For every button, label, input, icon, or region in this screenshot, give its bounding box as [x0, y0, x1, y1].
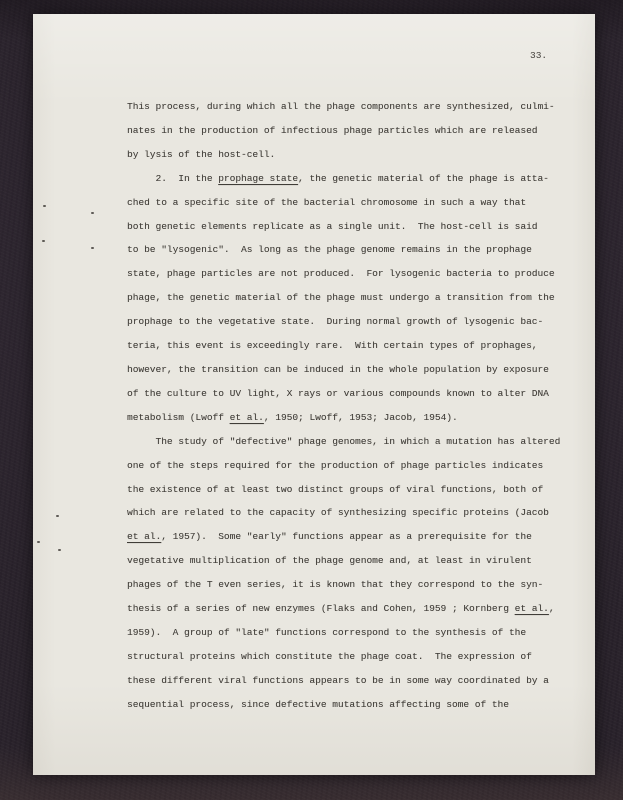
text-segment: sequential process, since defective muta… [127, 699, 509, 710]
text-segment: prophage to the vegetative state. During… [127, 316, 543, 327]
text-segment: which are related to the capacity of syn… [127, 507, 549, 518]
text-segment: , the genetic material of the phage is a… [298, 173, 549, 184]
text-line: thesis of a series of new enzymes (Flaks… [127, 597, 567, 621]
text-segment: one of the steps required for the produc… [127, 460, 543, 471]
text-line: This process, during which all the phage… [127, 95, 567, 119]
text-segment: , 1950; Lwoff, 1953; Jacob, 1954). [264, 412, 458, 423]
underlined-text: et al. [515, 603, 549, 614]
text-segment: This process, during which all the phage… [127, 101, 555, 112]
text-segment: the existence of at least two distinct g… [127, 484, 543, 495]
document-page: 33. This process, during which all the p… [33, 14, 595, 775]
text-line: of the culture to UV light, X rays or va… [127, 382, 567, 406]
text-segment: structural proteins which constitute the… [127, 651, 532, 662]
text-line: prophage to the vegetative state. During… [127, 310, 567, 334]
text-segment: state, phage particles are not produced.… [127, 268, 555, 279]
underlined-text: prophage state [218, 173, 298, 184]
text-line: nates in the production of infectious ph… [127, 119, 567, 143]
text-line: phages of the T even series, it is known… [127, 573, 567, 597]
text-segment: to be "lysogenic". As long as the phage … [127, 244, 532, 255]
text-segment: however, the transition can be induced i… [127, 364, 549, 375]
text-line: The study of "defective" phage genomes, … [127, 430, 567, 454]
text-line: state, phage particles are not produced.… [127, 262, 567, 286]
text-segment: thesis of a series of new enzymes (Flaks… [127, 603, 515, 614]
text-line: et al., 1957). Some "early" functions ap… [127, 525, 567, 549]
text-line: to be "lysogenic". As long as the phage … [127, 238, 567, 262]
underlined-text: et al. [230, 412, 264, 423]
text-segment: 1959). A group of "late" functions corre… [127, 627, 526, 638]
text-line: phage, the genetic material of the phage… [127, 286, 567, 310]
text-line: metabolism (Lwoff et al., 1950; Lwoff, 1… [127, 406, 567, 430]
dust-speck [91, 247, 94, 249]
text-line: 1959). A group of "late" functions corre… [127, 621, 567, 645]
text-line: one of the steps required for the produc… [127, 454, 567, 478]
text-segment: teria, this event is exceedingly rare. W… [127, 340, 537, 351]
text-segment: these different viral functions appears … [127, 675, 549, 686]
text-block: This process, during which all the phage… [127, 95, 567, 717]
text-segment: , [549, 603, 555, 614]
text-segment: 2. In the [127, 173, 218, 184]
text-segment: The study of "defective" phage genomes, … [127, 436, 560, 447]
text-line: by lysis of the host-cell. [127, 143, 567, 167]
text-line: which are related to the capacity of syn… [127, 501, 567, 525]
text-line: vegetative multiplication of the phage g… [127, 549, 567, 573]
scan-background: { "colors": { "background": "#29222b", "… [0, 0, 623, 800]
text-segment: nates in the production of infectious ph… [127, 125, 537, 136]
page-number: 33. [530, 50, 547, 62]
text-segment: phages of the T even series, it is known… [127, 579, 543, 590]
text-line: ched to a specific site of the bacterial… [127, 191, 567, 215]
dust-speck [42, 240, 45, 242]
dust-speck [58, 549, 61, 551]
text-segment: of the culture to UV light, X rays or va… [127, 388, 549, 399]
text-segment: vegetative multiplication of the phage g… [127, 555, 532, 566]
text-line: teria, this event is exceedingly rare. W… [127, 334, 567, 358]
text-segment: ched to a specific site of the bacterial… [127, 197, 526, 208]
text-line: these different viral functions appears … [127, 669, 567, 693]
underlined-text: et al. [127, 531, 161, 542]
dust-speck [91, 212, 94, 214]
text-line: the existence of at least two distinct g… [127, 478, 567, 502]
text-line: both genetic elements replicate as a sin… [127, 215, 567, 239]
text-segment: metabolism (Lwoff [127, 412, 230, 423]
text-segment: phage, the genetic material of the phage… [127, 292, 555, 303]
dust-speck [56, 515, 59, 517]
text-line: sequential process, since defective muta… [127, 693, 567, 717]
dust-speck [43, 205, 46, 207]
text-segment: both genetic elements replicate as a sin… [127, 221, 537, 232]
text-line: however, the transition can be induced i… [127, 358, 567, 382]
text-line: structural proteins which constitute the… [127, 645, 567, 669]
dust-speck [37, 541, 40, 543]
text-line: 2. In the prophage state, the genetic ma… [127, 167, 567, 191]
text-segment: by lysis of the host-cell. [127, 149, 275, 160]
text-segment: , 1957). Some "early" functions appear a… [161, 531, 532, 542]
